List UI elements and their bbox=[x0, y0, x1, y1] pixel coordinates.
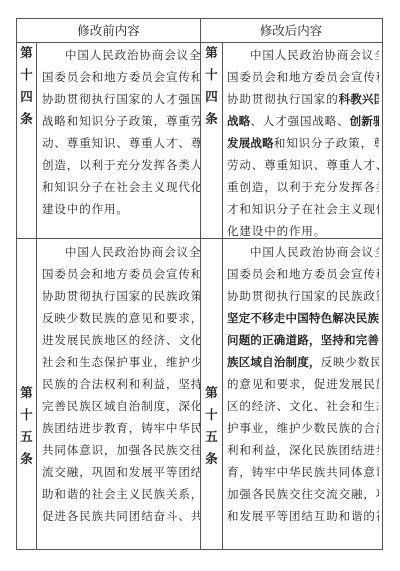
text-line: 问题的正确道路，坚持和完善民 bbox=[227, 329, 379, 351]
text-segment: 育，铸牢中华民族共同体意识， bbox=[227, 465, 379, 479]
header-before: 修改前内容 bbox=[17, 19, 201, 42]
text-line: 共同体意识，加强各民族交往交 bbox=[42, 439, 200, 461]
header-after: 修改后内容 bbox=[200, 19, 382, 42]
text-line: 国委员会和地方委员会宣传和 bbox=[227, 66, 379, 88]
text-line: 族团结进步教育，铸牢中华民族 bbox=[42, 417, 200, 439]
article-char: 条 bbox=[20, 108, 33, 130]
article-label-before: 第 十 五 条 bbox=[17, 239, 37, 550]
text-line: 民族的合法权利和利益，坚持和 bbox=[42, 373, 200, 395]
text-line: 护事业，维护少数民族的合法权 bbox=[227, 417, 379, 439]
text-segment: 区的经济、文化、社会和生态保 bbox=[227, 399, 379, 413]
text-segment: 中国人民政治协商会议全 bbox=[250, 245, 379, 259]
text-segment: 国委员会和地方委员会宣传和 bbox=[227, 267, 379, 281]
text-line: 动、尊重知识、尊重人才、尊重 bbox=[42, 132, 200, 154]
article-label-after: 第 十 五 条 bbox=[200, 239, 223, 550]
text-line: 国委员会和地方委员会宣传和 bbox=[42, 66, 200, 88]
text-line: 协助贯彻执行国家的民族政策， bbox=[42, 285, 200, 307]
comparison-table: 修改前内容 修改后内容 第 十 四 条 中国人民政治协商会议全 国委员会和地方委… bbox=[16, 18, 383, 550]
text-segment: 协助贯彻执行国家的 bbox=[227, 92, 339, 106]
article-char: 四 bbox=[20, 86, 33, 108]
text-segment: 反映少数民族 bbox=[321, 355, 379, 369]
text-line: 促进各民族共同团结奋斗、共同 bbox=[42, 505, 200, 527]
text-line: 中国人民政治协商会议全 bbox=[42, 241, 200, 263]
text-segment: 的意见和要求，促进发展民族地 bbox=[227, 377, 379, 391]
highlighted-segment: 发展战略 bbox=[227, 136, 274, 150]
table-header: 修改前内容 修改后内容 bbox=[17, 19, 382, 43]
highlighted-segment: 问题的正确道路，坚持和完善民 bbox=[227, 333, 379, 347]
before-text: 中国人民政治协商会议全 国委员会和地方委员会宣传和 协助贯彻执行国家的人才强国 … bbox=[42, 44, 200, 220]
highlighted-segment: 科教兴国 bbox=[339, 92, 379, 106]
text-line: 完善民族区域自治制度，深化民 bbox=[42, 395, 200, 417]
text-line: 协助贯彻执行国家的人才强国 bbox=[42, 88, 200, 110]
text-line: 流交融，巩固和发展平等团结互 bbox=[42, 461, 200, 483]
text-line: 国委员会和地方委员会宣传和 bbox=[42, 263, 200, 285]
after-text: 中国人民政治协商会议全 国委员会和地方委员会宣传和 协助贯彻执行国家的科教兴国 … bbox=[227, 44, 379, 242]
table-row-article-15: 第 十 五 条 中国人民政治协商会议全 国委员会和地方委员会宣传和 协助贯彻执行… bbox=[17, 239, 382, 550]
text-line: 战略和知识分子政策，尊重劳 bbox=[42, 110, 200, 132]
article-char: 第 bbox=[205, 42, 218, 64]
text-segment: 才和知识分子在社会主义现代 bbox=[227, 202, 379, 216]
text-line: 进发展民族地区的经济、文化、 bbox=[42, 329, 200, 351]
text-line: 和发展平等团结互助和谐的社 bbox=[227, 505, 379, 527]
text-segment: 利和利益，深化民族团结进步教 bbox=[227, 443, 379, 457]
text-line: 建设中的作用。 bbox=[42, 198, 200, 220]
text-line: 利和利益，深化民族团结进步教 bbox=[227, 439, 379, 461]
text-segment: 劳动、尊重知识、尊重人才、尊 bbox=[227, 158, 379, 172]
text-line: 助和谐的社会主义民族关系，为 bbox=[42, 483, 200, 505]
text-line: 族区域自治制度，反映少数民族 bbox=[227, 351, 379, 373]
text-line: 的意见和要求，促进发展民族地 bbox=[227, 373, 379, 395]
text-line: 协助贯彻执行国家的科教兴国 bbox=[227, 88, 379, 110]
text-segment: 护事业，维护少数民族的合法权 bbox=[227, 421, 379, 435]
text-segment: 和发展平等团结互助和谐的社 bbox=[227, 509, 379, 523]
article-char: 条 bbox=[205, 448, 218, 470]
text-line: 社会和生态保护事业，维护少数 bbox=[42, 351, 200, 373]
text-segment: 重创造，以利于充分发挥各类人 bbox=[227, 180, 379, 194]
text-line: 创造，以利于充分发挥各类人才 bbox=[42, 154, 200, 176]
article-char: 十 bbox=[20, 64, 33, 86]
text-segment: 加强各民族交往交流交融，巩固 bbox=[227, 487, 379, 501]
text-line: 战略、人才强国战略、创新驱动 bbox=[227, 110, 379, 132]
article-label-after: 第 十 四 条 bbox=[200, 42, 223, 238]
text-line: 发展战略和知识分子政策，尊重 bbox=[227, 132, 379, 154]
article-char: 第 bbox=[20, 382, 33, 404]
text-segment: 国委员会和地方委员会宣传和 bbox=[227, 70, 379, 84]
text-line: 中国人民政治协商会议全 bbox=[227, 44, 379, 66]
before-text: 中国人民政治协商会议全 国委员会和地方委员会宣传和 协助贯彻执行国家的民族政策，… bbox=[42, 241, 200, 527]
table-row-article-14: 第 十 四 条 中国人民政治协商会议全 国委员会和地方委员会宣传和 协助贯彻执行… bbox=[17, 42, 382, 239]
article-char: 条 bbox=[205, 108, 218, 130]
text-line: 育，铸牢中华民族共同体意识， bbox=[227, 461, 379, 483]
text-segment: 和知识分子政策，尊重 bbox=[274, 136, 379, 150]
highlighted-segment: 坚定不移走中国特色解决民族 bbox=[227, 311, 379, 325]
text-line: 才和知识分子在社会主义现代 bbox=[227, 198, 379, 220]
text-segment: 协助贯彻执行国家的民族政策， bbox=[227, 289, 379, 303]
highlighted-segment: 战略 bbox=[227, 114, 250, 128]
text-segment: 中国人民政治协商会议全 bbox=[250, 48, 379, 62]
article-char: 五 bbox=[205, 426, 218, 448]
text-segment: 化建设中的作用。 bbox=[227, 224, 326, 238]
text-line: 和知识分子在社会主义现代化 bbox=[42, 176, 200, 198]
text-line: 加强各民族交往交流交融，巩固 bbox=[227, 483, 379, 505]
article-char: 十 bbox=[20, 404, 33, 426]
article-char: 十 bbox=[205, 404, 218, 426]
article-char: 四 bbox=[205, 86, 218, 108]
text-line: 坚定不移走中国特色解决民族 bbox=[227, 307, 379, 329]
highlighted-segment: 族区域自治制度， bbox=[227, 355, 321, 369]
article-char: 五 bbox=[20, 426, 33, 448]
text-segment: 、人才强国战略、 bbox=[250, 114, 349, 128]
text-line: 中国人民政治协商会议全 bbox=[42, 44, 200, 66]
text-line: 中国人民政治协商会议全 bbox=[227, 241, 379, 263]
text-line: 重创造，以利于充分发挥各类人 bbox=[227, 176, 379, 198]
text-line: 劳动、尊重知识、尊重人才、尊 bbox=[227, 154, 379, 176]
text-line: 国委员会和地方委员会宣传和 bbox=[227, 263, 379, 285]
text-line: 协助贯彻执行国家的民族政策， bbox=[227, 285, 379, 307]
highlighted-segment: 创新驱动 bbox=[350, 114, 379, 128]
text-line: 反映少数民族的意见和要求，促 bbox=[42, 307, 200, 329]
article-char: 十 bbox=[205, 64, 218, 86]
article-char: 条 bbox=[20, 448, 33, 470]
text-line: 区的经济、文化、社会和生态保 bbox=[227, 395, 379, 417]
article-char: 第 bbox=[20, 42, 33, 64]
article-label-before: 第 十 四 条 bbox=[17, 42, 37, 238]
after-text: 中国人民政治协商会议全 国委员会和地方委员会宣传和 协助贯彻执行国家的民族政策，… bbox=[227, 241, 379, 527]
article-char: 第 bbox=[205, 382, 218, 404]
